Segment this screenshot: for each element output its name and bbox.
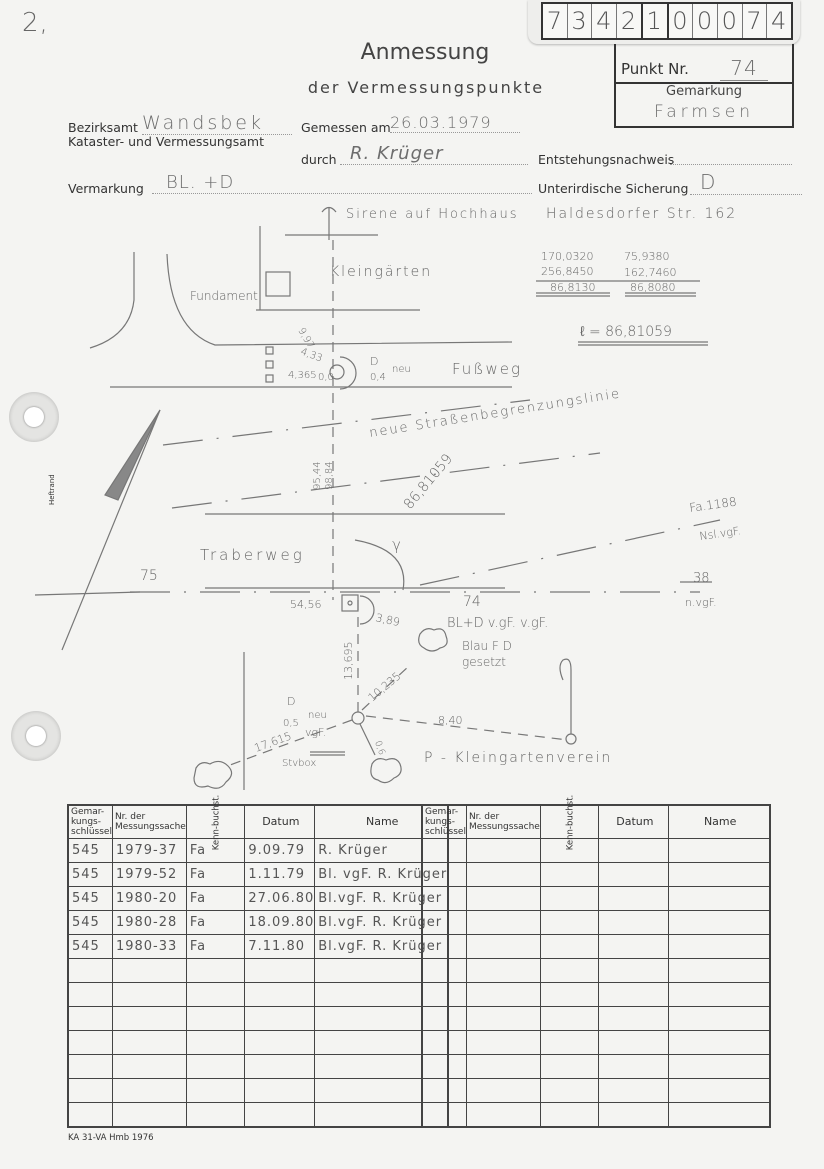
svg-text:Fundament: Fundament [190,289,258,303]
register-cell[interactable] [68,1007,112,1031]
register-column-header: Gemar-kungs-schlüssel [422,805,466,839]
register-cell[interactable] [422,1055,466,1079]
register-cell[interactable] [68,983,112,1007]
svg-text:γ: γ [392,536,401,554]
register-cell[interactable] [540,935,599,959]
register-cell[interactable]: 545 [68,839,112,863]
register-cell[interactable] [245,1055,315,1079]
register-cell[interactable] [68,1055,112,1079]
register-column-header: Kenn-buchst. [186,805,245,839]
register-column-header-text: Kenn-buchst. [212,795,221,851]
svg-text:75: 75 [140,568,158,584]
register-cell[interactable] [245,1031,315,1055]
register-cell[interactable] [186,1031,245,1055]
register-cell[interactable] [599,887,669,911]
register-row: 5451979-52Fa1.11.79Bl. vgF. R. Krüger [68,863,448,887]
svg-text:86,8130: 86,8130 [550,281,596,294]
register-row [68,1079,448,1103]
register-cell[interactable] [112,1055,186,1079]
register-cell[interactable] [599,863,669,887]
register-row [68,1055,448,1079]
svg-text:D: D [370,355,378,368]
register-cell[interactable] [599,1079,669,1103]
register-cell[interactable] [422,911,466,935]
svg-text:4,365: 4,365 [288,370,317,381]
register-cell[interactable] [599,983,669,1007]
register-cell[interactable] [245,1103,315,1128]
svg-text:Haldesdorfer Str. 162: Haldesdorfer Str. 162 [546,206,737,222]
register-cell[interactable]: 545 [68,935,112,959]
register-column-header: Datum [599,805,669,839]
register-cell[interactable]: Fa [186,911,245,935]
svg-text:Kleingärten: Kleingärten [330,264,432,280]
register-cell[interactable] [112,959,186,983]
register-column-header-text: Kenn-buchst. [566,795,575,851]
svg-text:neue Straßenbegrenzungslinie: neue Straßenbegrenzungslinie [368,386,622,441]
register-cell[interactable]: Fa [186,887,245,911]
svg-text:38: 38 [693,571,710,586]
svg-text:gesetzt: gesetzt [462,655,506,669]
register-cell[interactable] [466,839,540,863]
svg-text:ℓ = 86,81059: ℓ = 86,81059 [580,324,672,340]
register-row [68,1007,448,1031]
svg-text:vgF.: vgF. [305,726,326,739]
register-cell[interactable] [186,1007,245,1031]
svg-text:256,8450: 256,8450 [541,265,594,278]
register-cell[interactable] [540,863,599,887]
svg-text:Fußweg: Fußweg [452,360,522,378]
svg-text:170,0320: 170,0320 [541,250,594,263]
register-cell[interactable] [669,935,770,959]
register-cell[interactable] [540,1079,599,1103]
register-cell[interactable] [68,1103,112,1128]
register-header-right: Gemar-kungs-schlüsselNr. der Messungssac… [422,805,770,839]
register-cell[interactable] [245,983,315,1007]
register-column-header: Nr. der Messungssache [112,805,186,839]
register-cell[interactable] [669,863,770,887]
register-cell[interactable] [422,887,466,911]
register-cell[interactable] [599,1007,669,1031]
register-cell[interactable] [422,1031,466,1055]
svg-text:n.vgF.: n.vgF. [685,596,717,609]
register-cell[interactable]: 9.09.79 [245,839,315,863]
register-row [422,911,770,935]
register-cell[interactable] [466,1055,540,1079]
register-cell[interactable] [669,1031,770,1055]
register-cell[interactable] [422,1007,466,1031]
register-cell[interactable] [112,983,186,1007]
svg-text:Sirene auf Hochhaus: Sirene auf Hochhaus [346,207,519,222]
register-cell[interactable] [186,959,245,983]
register-cell[interactable] [112,1007,186,1031]
register-cell[interactable] [599,1055,669,1079]
register-cell[interactable] [466,1103,540,1128]
svg-text:162,7460: 162,7460 [624,266,677,279]
register-cell[interactable]: 545 [68,911,112,935]
register-cell[interactable] [422,863,466,887]
register-row [422,1079,770,1103]
svg-text:75,9380: 75,9380 [624,250,670,263]
register-cell[interactable] [186,983,245,1007]
register-row: 5451980-33Fa7.11.80Bl.vgF. R. Krüger [68,935,448,959]
register-cell[interactable] [112,1031,186,1055]
register-cell[interactable] [422,959,466,983]
svg-text:D: D [287,695,295,708]
register-row [422,863,770,887]
svg-text:0,4: 0,4 [370,372,386,383]
svg-text:86,8080: 86,8080 [630,281,676,294]
svg-text:0,0: 0,0 [318,372,334,383]
svg-text:neu: neu [392,364,411,375]
register-cell[interactable] [466,1031,540,1055]
svg-text:neu: neu [308,710,327,721]
register-cell[interactable] [466,1079,540,1103]
register-cell[interactable] [540,911,599,935]
svg-text:13,695: 13,695 [342,642,355,681]
register-row [422,1103,770,1128]
register-row [422,1055,770,1079]
register-row [422,887,770,911]
register-cell[interactable] [669,887,770,911]
register-cell[interactable] [245,959,315,983]
register-column-header: Datum [245,805,315,839]
register-cell[interactable] [599,1103,669,1128]
register-cell[interactable] [669,839,770,863]
register-cell[interactable] [112,1079,186,1103]
register-cell[interactable] [186,1055,245,1079]
register-cell[interactable] [422,935,466,959]
register-cell[interactable] [245,1007,315,1031]
svg-text:Traberweg: Traberweg [200,546,305,564]
register-cell[interactable] [422,839,466,863]
register-cell[interactable] [540,1103,599,1128]
register-row: 5451980-20Fa27.06.80Bl.vgF. R. Krüger [68,887,448,911]
register-row [68,1031,448,1055]
register-column-header: Gemar-kungs-schlüssel [68,805,112,839]
register-row: 5451979-37Fa9.09.79R. Krüger [68,839,448,863]
register-cell[interactable] [669,983,770,1007]
register-cell[interactable] [466,1007,540,1031]
svg-text:95,44: 95,44 [312,461,323,490]
register-cell[interactable] [599,959,669,983]
register-row [422,935,770,959]
svg-text:98,84: 98,84 [324,461,335,490]
register-cell[interactable] [466,935,540,959]
register-column-header: Nr. der Messungssache [466,805,540,839]
register-row [68,983,448,1007]
svg-text:3,89: 3,89 [374,611,401,629]
svg-text:Fa.1188: Fa.1188 [688,494,737,514]
form-code: KA 31-VA Hmb 1976 [68,1133,154,1143]
register-cell[interactable] [422,1103,466,1128]
register-cell[interactable] [540,1031,599,1055]
register-cell[interactable] [186,1103,245,1128]
svg-text:P - Kleingartenverein: P - Kleingartenverein [424,750,612,766]
register-header-left: Gemar-kungs-schlüsselNr. der Messungssac… [68,805,448,839]
register-cell[interactable] [540,983,599,1007]
svg-text:BL+D v.gF. v.gF.: BL+D v.gF. v.gF. [447,616,548,631]
svg-text:0,5: 0,5 [283,718,299,729]
register-row: 5451980-28Fa18.09.80Bl.vgF. R. Krüger [68,911,448,935]
svg-text:4,33: 4,33 [299,346,324,364]
register-column-header: Kenn-buchst. [540,805,599,839]
register-cell[interactable] [669,959,770,983]
svg-text:Blau F D: Blau F D [462,639,512,653]
register-row [422,839,770,863]
register-row [422,1031,770,1055]
register-row [422,1007,770,1031]
svg-text:54,56: 54,56 [290,598,322,611]
register-cell[interactable] [68,1079,112,1103]
register-cell[interactable] [669,1079,770,1103]
register-cell[interactable]: Fa [186,935,245,959]
register-cell[interactable]: 545 [68,863,112,887]
register-row [422,959,770,983]
register-cell[interactable] [599,911,669,935]
register-cell[interactable]: 545 [68,887,112,911]
svg-text:Nsl.vgF.: Nsl.vgF. [699,524,742,543]
svg-text:10,235: 10,235 [366,670,404,705]
register-table-left: Gemar-kungs-schlüsselNr. der Messungssac… [67,804,449,1128]
register-column-header: Name [669,805,770,839]
register-cell[interactable]: 7.11.80 [245,935,315,959]
register-row [68,1103,448,1128]
svg-text:86,81059: 86,81059 [401,451,456,512]
svg-text:17,615: 17,615 [253,729,294,754]
register-cell[interactable] [669,911,770,935]
register-row [68,959,448,983]
register-cell[interactable]: 1980-28 [112,911,186,935]
register-cell[interactable] [112,1103,186,1128]
register-cell[interactable] [669,1103,770,1128]
register-cell[interactable]: 1979-52 [112,863,186,887]
register-cell[interactable] [599,1031,669,1055]
register-cell[interactable]: 18.09.80 [245,911,315,935]
register-cell[interactable] [466,911,540,935]
register-row [422,983,770,1007]
svg-text:Stvbox: Stvbox [282,758,316,769]
register-cell[interactable] [540,959,599,983]
register-cell[interactable] [186,1079,245,1103]
register-cell[interactable]: 27.06.80 [245,887,315,911]
register-cell[interactable] [422,1079,466,1103]
register-cell[interactable]: 1980-20 [112,887,186,911]
register-cell[interactable]: Fa [186,863,245,887]
register-cell[interactable] [599,839,669,863]
register-cell[interactable] [540,887,599,911]
register-cell[interactable] [422,983,466,1007]
register-cell[interactable] [540,1007,599,1031]
register-cell[interactable]: 1979-37 [112,839,186,863]
register-cell[interactable] [466,983,540,1007]
svg-text:74: 74 [463,594,481,610]
register-table-right: Gemar-kungs-schlüsselNr. der Messungssac… [421,804,771,1128]
survey-sketch: Sirene auf Hochhaus Haldesdorfer Str. 16… [0,0,824,800]
register-cell[interactable]: 1.11.79 [245,863,315,887]
register-cell[interactable] [599,935,669,959]
register-cell[interactable] [68,1031,112,1055]
register-cell[interactable] [68,959,112,983]
register-cell[interactable] [669,1055,770,1079]
register-cell[interactable] [466,959,540,983]
svg-text:8,40: 8,40 [438,714,463,727]
register-cell[interactable]: 1980-33 [112,935,186,959]
register-cell[interactable] [669,1007,770,1031]
register-cell[interactable] [245,1079,315,1103]
register-cell[interactable] [466,887,540,911]
register-cell[interactable] [540,1055,599,1079]
register-cell[interactable] [466,863,540,887]
